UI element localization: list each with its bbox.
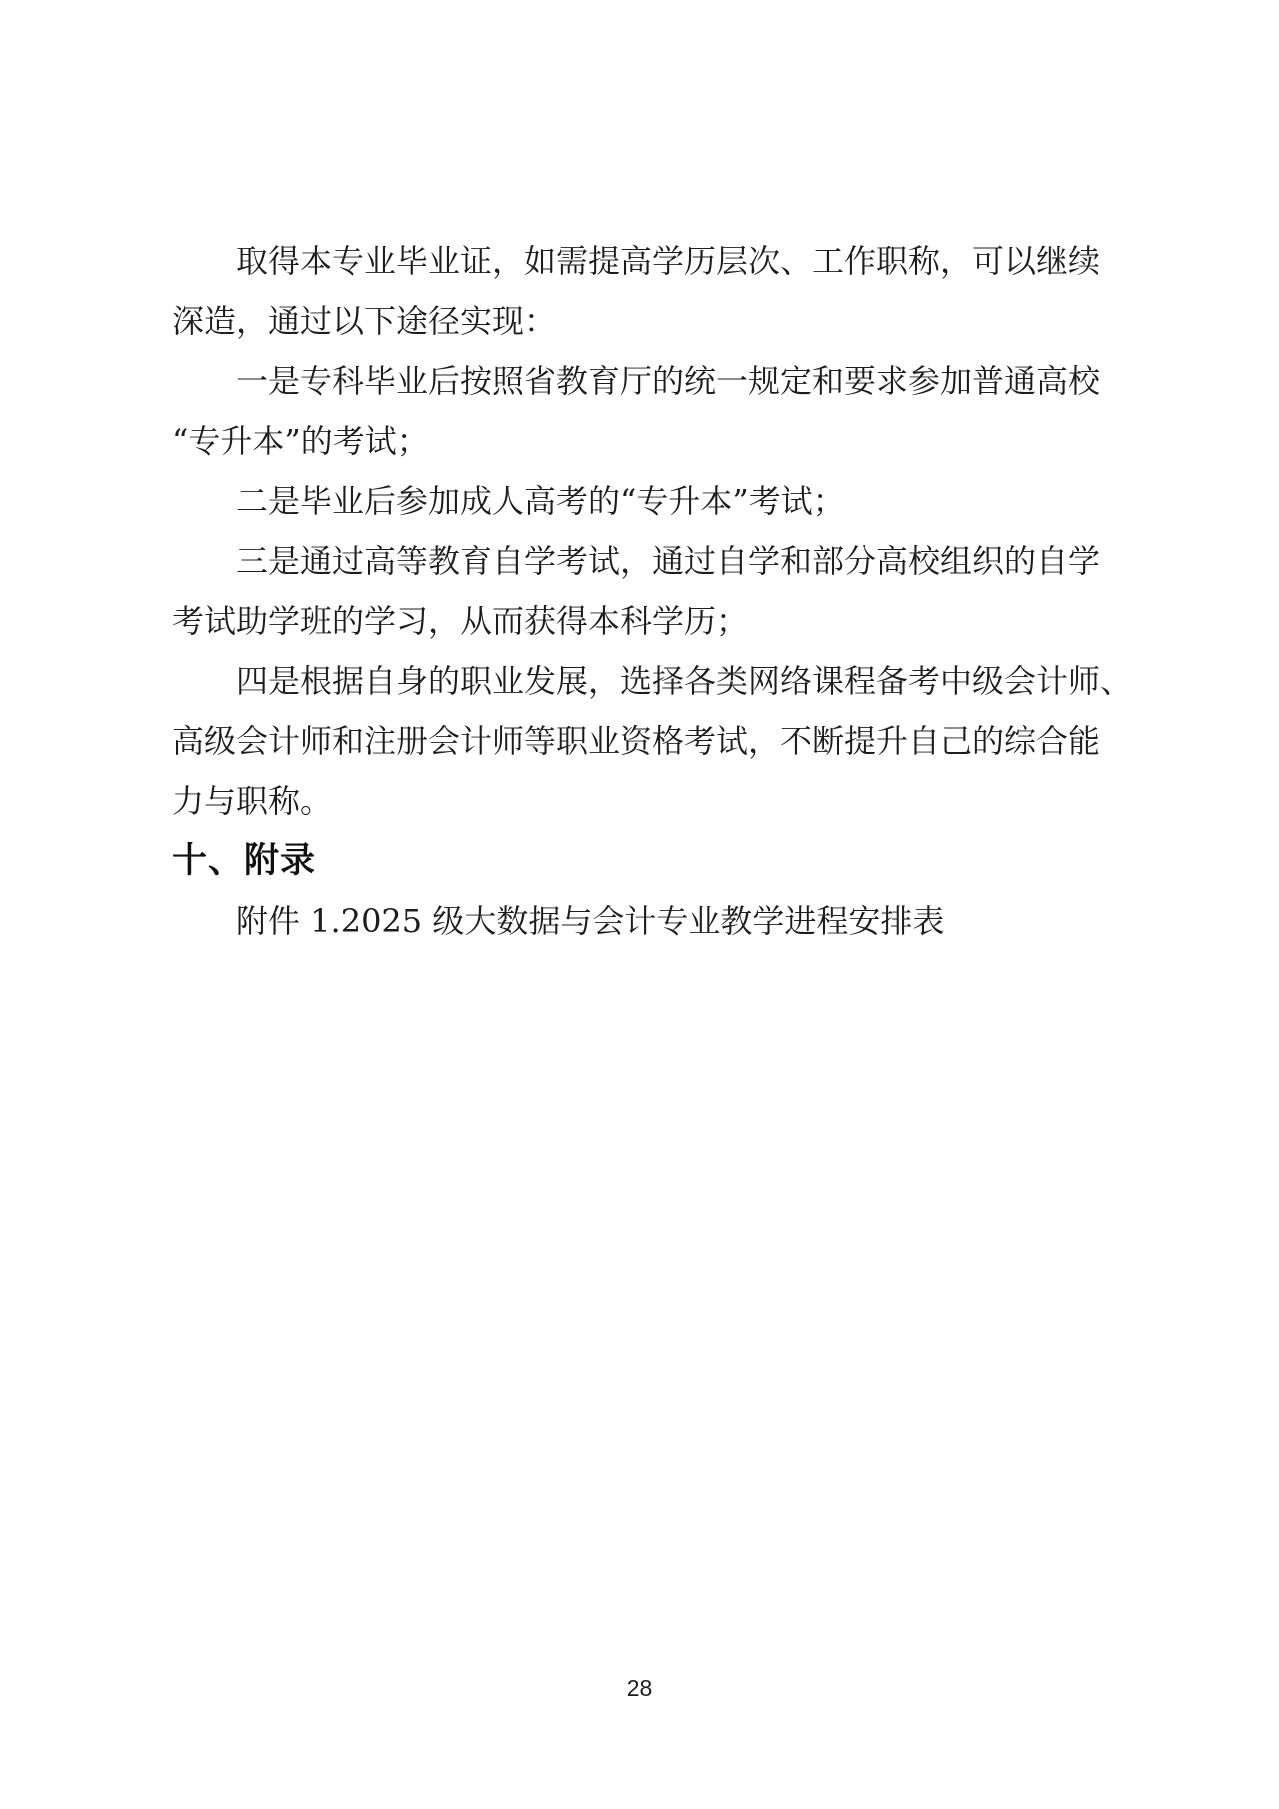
para-further-education-intro: 取得本专业毕业证，如需提高学历层次、工作职称，可以继续深造，通过以下途径实现： bbox=[172, 231, 1105, 351]
text-line: 四是根据自身的职业发展，选择各类网络课程备考中级会计师、 bbox=[172, 651, 1105, 711]
text-line: 三是通过高等教育自学考试，通过自学和部分高校组织的自学 bbox=[172, 531, 1105, 591]
heading-appendix: 十、附录 bbox=[172, 831, 1105, 891]
text-line: 深造，通过以下途径实现： bbox=[172, 291, 1105, 351]
page-footer: 28 bbox=[0, 1675, 1279, 1702]
text-line: 十、附录 bbox=[172, 831, 1105, 891]
text-line: 二是毕业后参加成人高考的“专升本”考试； bbox=[172, 471, 1105, 531]
para-attachment-1: 附件 1.2025 级大数据与会计专业教学进程安排表 bbox=[172, 891, 1105, 951]
text-line: 取得本专业毕业证，如需提高学历层次、工作职称，可以继续 bbox=[172, 231, 1105, 291]
text-line: 一是专科毕业后按照省教育厅的统一规定和要求参加普通高校 bbox=[172, 351, 1105, 411]
para-path-1-zhuanshengben-regular: 一是专科毕业后按照省教育厅的统一规定和要求参加普通高校“专升本”的考试； bbox=[172, 351, 1105, 471]
text-line: 力与职称。 bbox=[172, 771, 1105, 831]
text-line: “专升本”的考试； bbox=[172, 411, 1105, 471]
document-page: 取得本专业毕业证，如需提高学历层次、工作职称，可以继续深造，通过以下途径实现：一… bbox=[0, 0, 1279, 1809]
text-line: 附件 1.2025 级大数据与会计专业教学进程安排表 bbox=[172, 891, 1105, 951]
document-body: 取得本专业毕业证，如需提高学历层次、工作职称，可以继续深造，通过以下途径实现：一… bbox=[172, 231, 1105, 951]
text-line: 考试助学班的学习，从而获得本科学历； bbox=[172, 591, 1105, 651]
text-line: 高级会计师和注册会计师等职业资格考试，不断提升自己的综合能 bbox=[172, 711, 1105, 771]
page-number: 28 bbox=[627, 1675, 653, 1701]
para-path-3-self-study-exam: 三是通过高等教育自学考试，通过自学和部分高校组织的自学考试助学班的学习，从而获得… bbox=[172, 531, 1105, 651]
para-path-4-professional-certificates: 四是根据自身的职业发展，选择各类网络课程备考中级会计师、高级会计师和注册会计师等… bbox=[172, 651, 1105, 831]
para-path-2-adult-exam: 二是毕业后参加成人高考的“专升本”考试； bbox=[172, 471, 1105, 531]
